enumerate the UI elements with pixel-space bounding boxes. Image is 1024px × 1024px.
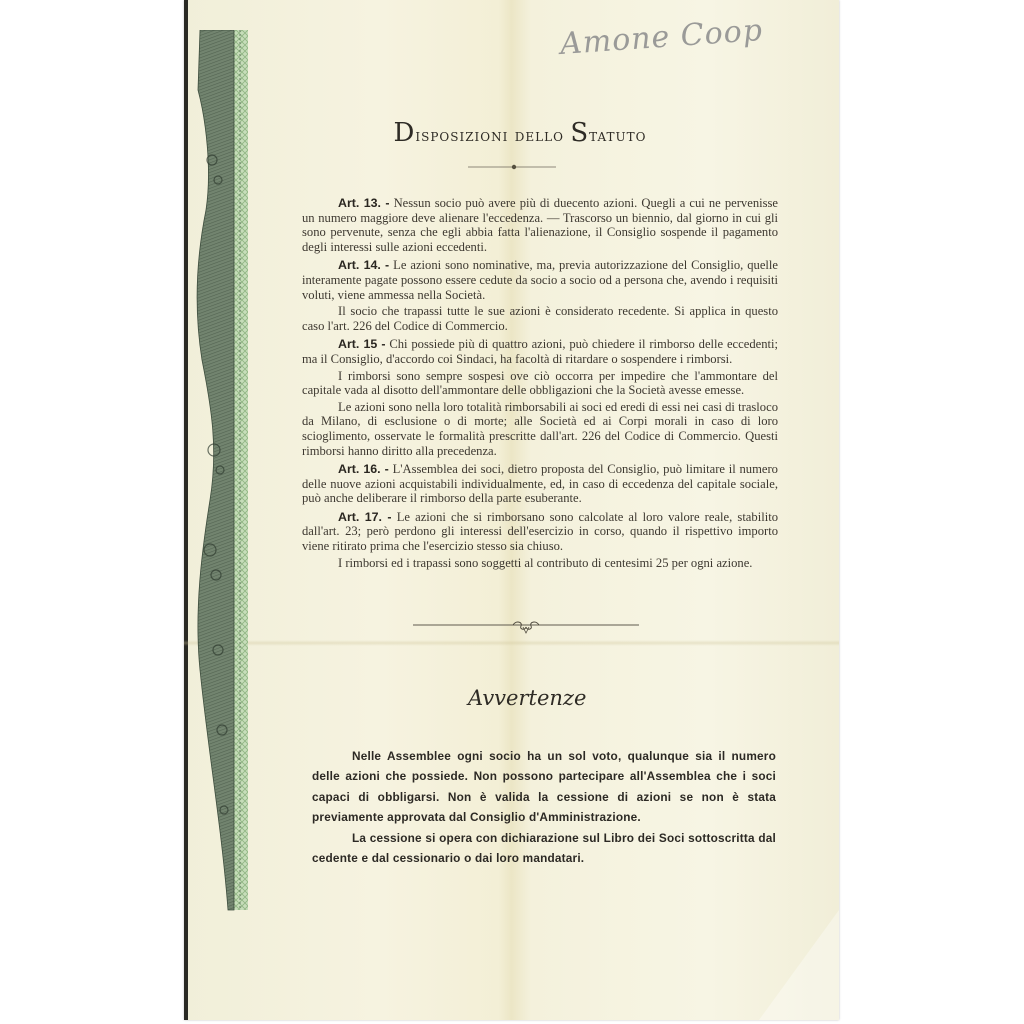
statute-articles: Art. 13. - Nessun socio può avere più di… (302, 196, 778, 574)
ornament-divider-top (468, 164, 556, 170)
article-13: Art. 13. - Nessun socio può avere più di… (302, 196, 778, 254)
article-15-paragraph: Le azioni sono nella loro totalità rimbo… (302, 400, 778, 458)
article-15: Art. 15 - Chi possiede più di quattro az… (302, 337, 778, 366)
article-17: Art. 17. - Le azioni che si rimborsano s… (302, 510, 778, 554)
article-17-paragraph: I rimborsi ed i trapassi sono soggetti a… (302, 556, 778, 571)
notice-paragraph: La cessione si opera con dichiarazione s… (312, 828, 776, 869)
notice-paragraph: Nelle Assemblee ogni socio ha un sol vot… (312, 746, 776, 828)
notice-heading: Avvertenze (468, 686, 586, 710)
notice-text: Nelle Assemblee ogni socio ha un sol vot… (312, 746, 776, 868)
folded-corner (759, 910, 839, 1020)
decorative-ribbon-border (188, 30, 258, 1000)
article-14-paragraph: Il socio che trapassi tutte le sue azion… (302, 304, 778, 333)
article-15-paragraph: I rimborsi sono sempre sospesi ove ciò o… (302, 369, 778, 398)
page-title: Disposizioni dello Statuto (370, 118, 670, 148)
paper-fold (184, 640, 839, 646)
article-14: Art. 14. - Le azioni sono nominative, ma… (302, 258, 778, 302)
ornament-divider-bottom (413, 621, 639, 635)
article-16: Art. 16. - L'Assemblea dei soci, dietro … (302, 462, 778, 506)
